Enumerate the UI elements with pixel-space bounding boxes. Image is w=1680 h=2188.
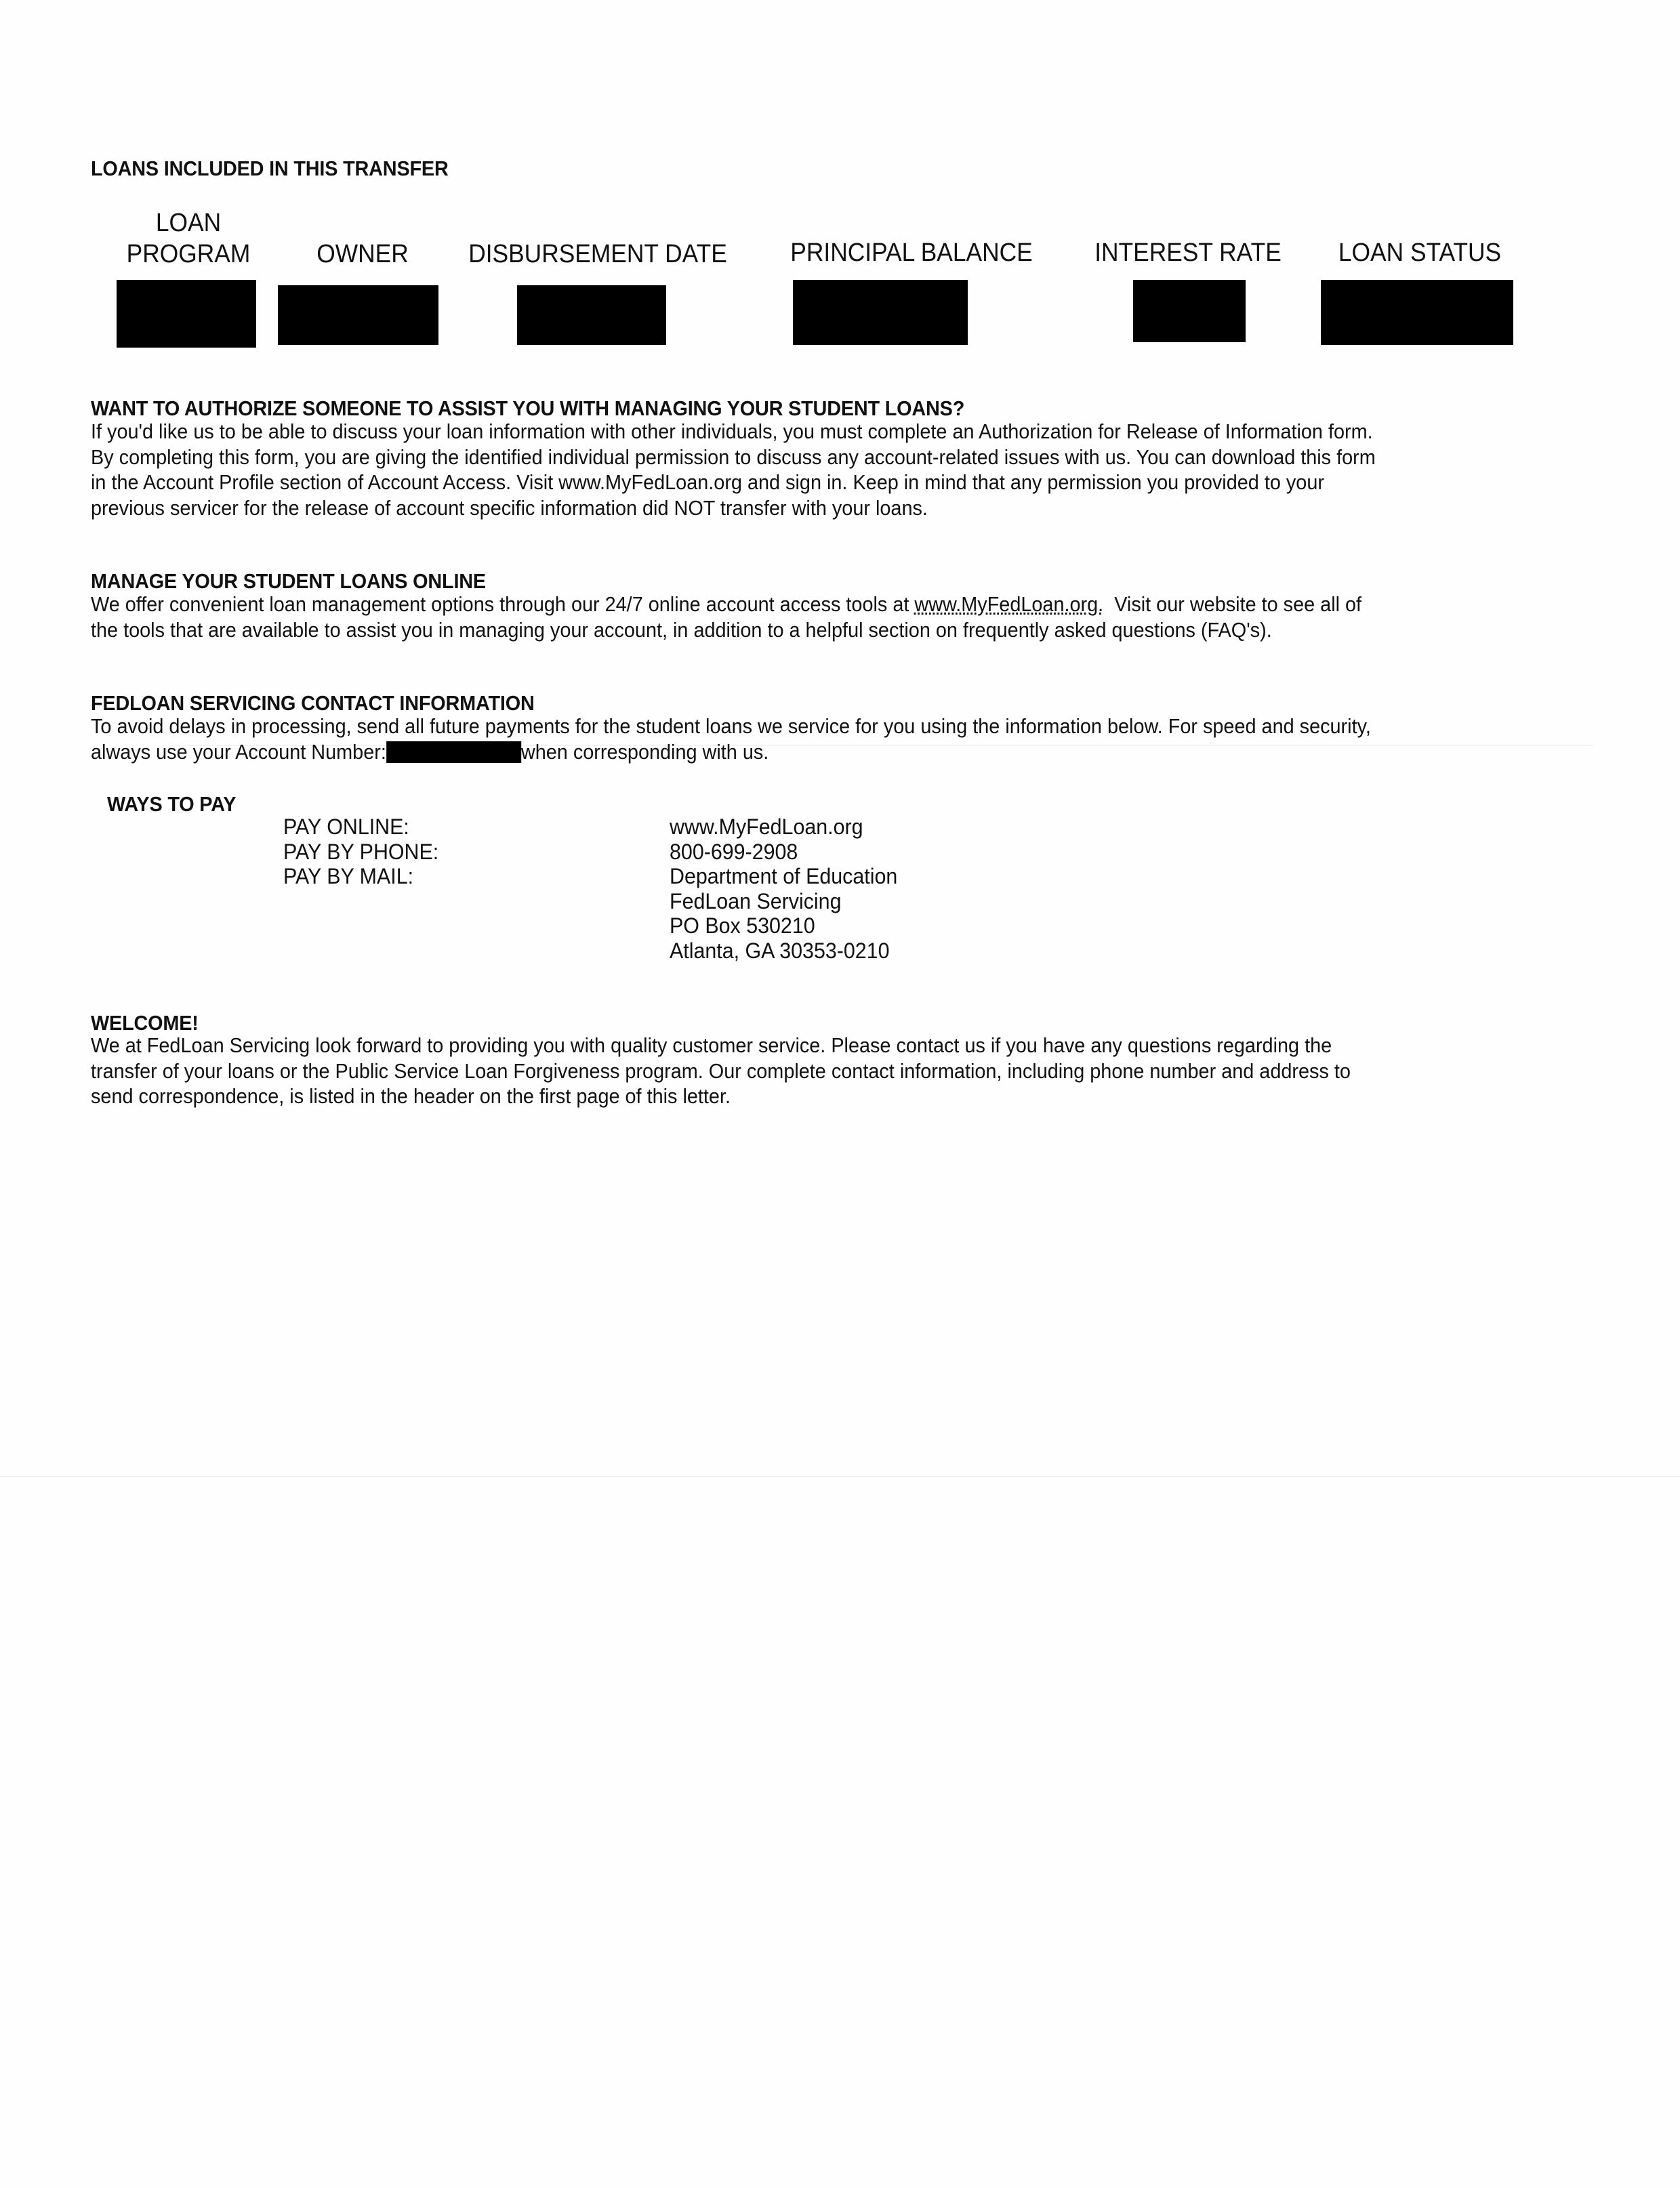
pay-online-label: PAY ONLINE: <box>283 814 438 840</box>
paragraph-line: the tools that are available to assist y… <box>91 617 1361 643</box>
text-span: always use your Account Number: <box>91 740 386 764</box>
paragraph-line: We offer convenient loan management opti… <box>91 592 1361 617</box>
paragraph-line: If you'd like us to be able to discuss y… <box>91 419 1376 445</box>
paragraph-line: We at FedLoan Servicing look forward to … <box>91 1033 1351 1058</box>
letter-page: LOANS INCLUDED IN THIS TRANSFER LOAN PRO… <box>0 0 1680 2188</box>
text-span: Visit our website to see all of <box>1103 592 1361 616</box>
column-header-interest-rate: INTEREST RATE <box>1087 237 1289 268</box>
redacted-principal-balance <box>793 280 968 345</box>
paragraph-line: in the Account Profile section of Accoun… <box>91 470 1376 495</box>
scan-artifact-line <box>0 1476 1680 1477</box>
redacted-disbursement-date <box>517 285 666 345</box>
pay-by-mail-label: PAY BY MAIL: <box>283 864 438 889</box>
paragraph-line: always use your Account Number:when corr… <box>91 739 1371 765</box>
mail-address-line: PO Box 530210 <box>670 913 897 938</box>
pay-phone-number: 800-699-2908 <box>670 840 897 865</box>
manage-section-body: We offer convenient loan management opti… <box>91 592 1361 642</box>
authorize-section-body: If you'd like us to be able to discuss y… <box>91 419 1376 520</box>
pay-online-url[interactable]: www.MyFedLoan.org <box>670 814 897 840</box>
column-header-loan-program: LOAN PROGRAM <box>125 207 251 270</box>
column-header-disbursement-date: DISBURSEMENT DATE <box>466 239 731 270</box>
column-header-principal-balance: PRINCIPAL BALANCE <box>785 237 1038 268</box>
redacted-loan-status <box>1321 280 1513 345</box>
manage-section-title: MANAGE YOUR STUDENT LOANS ONLINE <box>91 569 486 594</box>
paragraph-line: send correspondence, is listed in the he… <box>91 1083 1351 1109</box>
contact-section-body: To avoid delays in processing, send all … <box>91 714 1371 764</box>
column-header-line: PROGRAM <box>125 239 251 270</box>
column-header-loan-status: LOAN STATUS <box>1326 237 1515 268</box>
welcome-section-title: WELCOME! <box>91 1011 199 1035</box>
text-span: We offer convenient loan management opti… <box>91 592 914 616</box>
welcome-section-body: We at FedLoan Servicing look forward to … <box>91 1033 1351 1109</box>
pay-by-phone-label: PAY BY PHONE: <box>283 840 438 865</box>
paragraph-line: previous servicer for the release of acc… <box>91 495 1376 521</box>
redacted-account-number <box>386 741 521 763</box>
contact-section-title: FEDLOAN SERVICING CONTACT INFORMATION <box>91 691 535 716</box>
paragraph-line: By completing this form, you are giving … <box>91 445 1376 470</box>
pay-methods-values: www.MyFedLoan.org 800-699-2908 Departmen… <box>670 814 897 963</box>
mail-address-line: FedLoan Servicing <box>670 889 897 914</box>
redacted-loan-program <box>117 280 256 348</box>
pay-methods-labels: PAY ONLINE: PAY BY PHONE: PAY BY MAIL: <box>283 814 438 889</box>
authorize-section-title: WANT TO AUTHORIZE SOMEONE TO ASSIST YOU … <box>91 396 964 421</box>
paragraph-line: To avoid delays in processing, send all … <box>91 714 1371 739</box>
paragraph-line: transfer of your loans or the Public Ser… <box>91 1058 1351 1084</box>
loans-section-title: LOANS INCLUDED IN THIS TRANSFER <box>91 157 449 181</box>
column-header-line: LOAN <box>125 207 251 239</box>
ways-to-pay-title: WAYS TO PAY <box>107 792 236 817</box>
mail-address-line: Department of Education <box>670 864 897 889</box>
text-span: when corresponding with us. <box>521 740 769 764</box>
redacted-owner <box>278 285 438 345</box>
redacted-interest-rate <box>1133 280 1246 342</box>
myfedloan-link[interactable]: www.MyFedLoan.org. <box>914 592 1103 616</box>
mail-address-line: Atlanta, GA 30353-0210 <box>670 938 897 964</box>
column-header-owner: OWNER <box>296 239 428 270</box>
